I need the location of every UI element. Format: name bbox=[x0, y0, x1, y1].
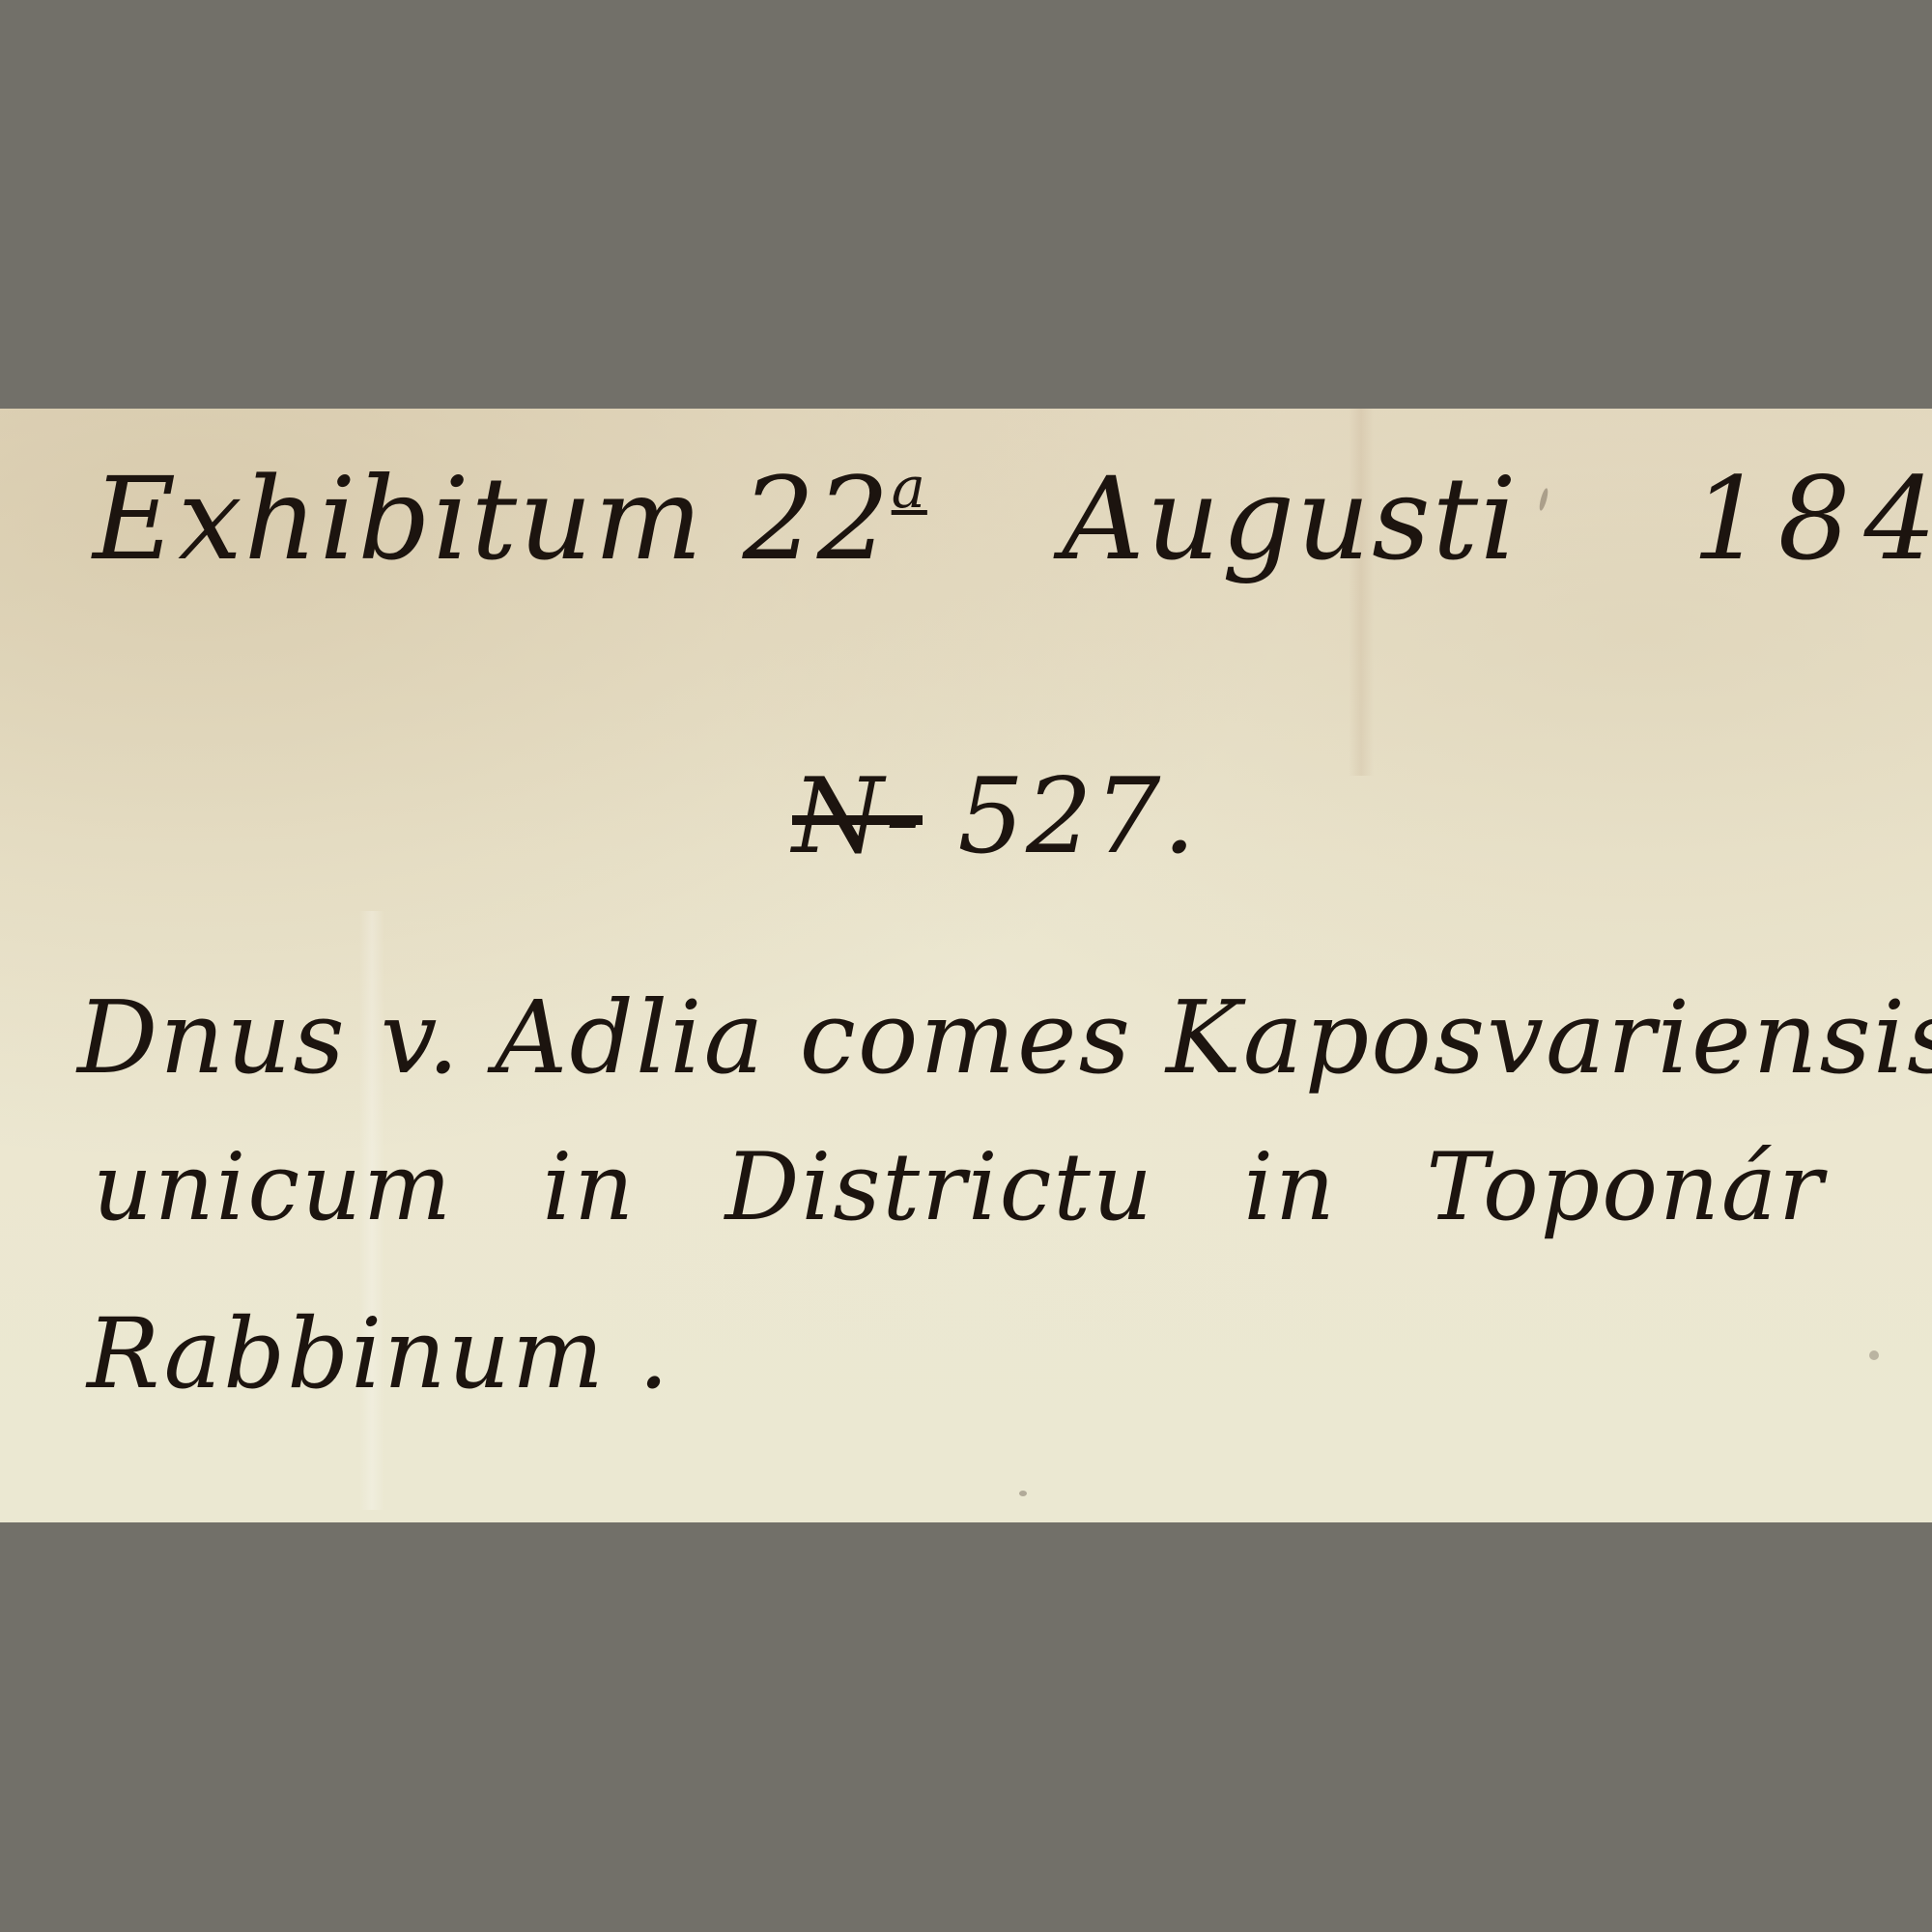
body-line-3: Rabbinum . bbox=[87, 1297, 670, 1410]
manuscript-page: Exhibitum 22a Augusti 1842 N- 527. Dnus … bbox=[0, 409, 1932, 1522]
body-line-2: unicum in Districtu in Toponár bbox=[93, 1133, 1825, 1241]
date-month: Augusti bbox=[1062, 452, 1518, 585]
date-day-suffix: a bbox=[892, 454, 927, 521]
number-prefix: N- bbox=[792, 756, 923, 877]
exhibitum-label: Exhibitum bbox=[93, 452, 704, 585]
date-year: 1842 bbox=[1691, 452, 1932, 585]
ink-speck bbox=[1869, 1350, 1879, 1360]
number-value: 527. bbox=[957, 756, 1197, 877]
body-line-1: Dnus v. Adlia comes Kaposvariensis bbox=[77, 979, 1932, 1096]
top-background-band bbox=[0, 0, 1932, 409]
date-day: 22 bbox=[743, 452, 892, 585]
bottom-background-band bbox=[0, 1522, 1932, 1932]
ink-speck bbox=[1019, 1491, 1027, 1496]
exhibitum-date-line: Exhibitum 22a Augusti 1842 bbox=[93, 452, 1932, 585]
reference-number-line: N- 527. bbox=[792, 756, 1198, 877]
